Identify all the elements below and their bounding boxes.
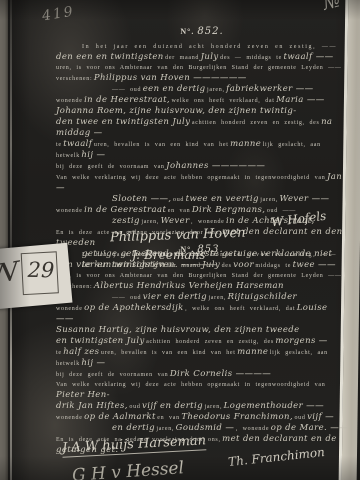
handwritten-text: Rijtuigschilder bbox=[228, 292, 297, 302]
printed-text: des bbox=[222, 263, 232, 269]
handwritten-text: op de Apothekersdijk bbox=[84, 303, 184, 313]
printed-text: , wonende bbox=[191, 219, 224, 225]
printed-text: bij deze geeft de voornaam van bbox=[56, 164, 165, 170]
printed-text: —— oud bbox=[112, 295, 141, 301]
handwritten-text: fabriekwerker —— bbox=[226, 84, 313, 94]
document-line: te half zes uren, bevallen is van een ki… bbox=[56, 347, 348, 369]
handwritten-text: Slooten ——, bbox=[112, 194, 172, 204]
document-line: In het jaar een duizend acht honderd zev… bbox=[56, 42, 348, 52]
document-line: Van welke verklaring wij deze acte hebbe… bbox=[56, 172, 348, 194]
printed-text: , wonende bbox=[236, 426, 269, 432]
handwritten-text: drik Jan Hiftes, bbox=[56, 401, 128, 411]
printed-text: achttien honderd zeven en zestig, des bbox=[146, 339, 274, 345]
archive-label: N 29 bbox=[0, 243, 72, 310]
document-line: te twaalf uren, bevallen is van een kind… bbox=[56, 139, 348, 161]
printed-text: welke ons heeft verklaard, dat bbox=[172, 98, 275, 104]
film-edge-left bbox=[0, 0, 8, 480]
handwritten-text: den een en twintigsten bbox=[56, 52, 164, 62]
handwritten-text: Dirk Bergmans, bbox=[192, 205, 266, 215]
handwritten-text: een en dertig bbox=[143, 84, 206, 94]
handwritten-text: Susanna Hartig, zijne huisvrouw, den zij… bbox=[56, 325, 300, 335]
act-number-prefix: N°. bbox=[180, 27, 194, 36]
handwritten-text: op de Mare. —— bbox=[271, 423, 348, 433]
birth-act-853: Philippus van Hoven J: Breemans N°. 853.… bbox=[56, 226, 348, 456]
document-line: bij deze geeft de voornamen van Dirk Cor… bbox=[56, 369, 348, 380]
printed-text: oud bbox=[129, 404, 140, 410]
printed-text: wonende bbox=[56, 306, 83, 312]
document-line: wonende op de Apothekersdijk , welke ons… bbox=[56, 303, 348, 325]
printed-text: jaren, bbox=[260, 197, 278, 203]
handwritten-text: July bbox=[201, 52, 219, 62]
handwritten-text: Logementhouder —— bbox=[224, 401, 324, 411]
handwritten-text: twee —— bbox=[293, 260, 336, 270]
film-scratch-line bbox=[10, 0, 12, 480]
printed-text: jaren, bbox=[141, 219, 159, 225]
document-line: Van welke verklaring wij deze acte hebbe… bbox=[56, 380, 348, 401]
handwritten-text: Pieter Hen- bbox=[56, 390, 110, 400]
document-line: uren, is voor ons Ambtenaar van den Burg… bbox=[56, 63, 348, 73]
handwritten-text: manne bbox=[230, 139, 261, 149]
printed-text: der maand bbox=[165, 55, 199, 61]
printed-text: uren, is voor ons Ambtenaar van den Burg… bbox=[56, 273, 342, 279]
printed-text: uren, bevallen is van een kind van het bbox=[94, 142, 229, 148]
printed-text: jaren, bbox=[204, 404, 222, 410]
printed-text: achttien honderd zeven en zestig, des bbox=[192, 120, 320, 126]
act-number-heading: N°. 852. bbox=[56, 26, 348, 37]
document-line: verschenen: Albertus Hendrikus Verheijen… bbox=[56, 281, 348, 292]
handwritten-text: in de Heerestraat, bbox=[84, 95, 170, 105]
handwritten-text: twaalf bbox=[63, 139, 92, 149]
handwritten-text: hij — bbox=[81, 358, 105, 368]
printed-text: des — middags te bbox=[220, 55, 282, 61]
document-line: den twee en twintigsten July achttien ho… bbox=[56, 117, 348, 139]
printed-text: wonende bbox=[56, 98, 83, 104]
handwritten-text: Johannes —————— bbox=[166, 161, 265, 171]
printed-text: , welke ons heeft verklaard, dat bbox=[185, 306, 295, 312]
act-number-heading: N°. 853. bbox=[56, 244, 348, 255]
printed-text: te bbox=[56, 142, 62, 148]
document-line: verschenen: Philippus van Hoven —————— bbox=[56, 73, 348, 84]
handwritten-text: Goudsmid — bbox=[176, 423, 235, 433]
printed-text: Van welke verklaring wij deze acte hebbe… bbox=[56, 382, 325, 388]
document-line: —— oud vier en dertig jaren, Rijtuigschi… bbox=[56, 292, 348, 303]
printed-text: wonende bbox=[56, 415, 83, 421]
printed-text: verschenen: bbox=[56, 76, 92, 82]
handwritten-text: op de Aalmarkt bbox=[84, 412, 156, 422]
handwritten-text: twaalf —— bbox=[284, 52, 334, 62]
act-number-value: 852. bbox=[197, 26, 223, 37]
handwritten-text: Albertus Hendrikus Verheijen Harseman bbox=[94, 281, 284, 291]
label-symbol: N bbox=[0, 256, 20, 290]
handwritten-text: hij — bbox=[81, 150, 105, 160]
party-signature-declarant: Philippus van Hoven bbox=[110, 226, 246, 246]
handwritten-text: Johanna Roem, zijne huisvrouw, den zijne… bbox=[56, 106, 297, 116]
printed-text: middags te bbox=[255, 263, 291, 269]
printed-text: uren, is voor ons Ambtenaar van den Burg… bbox=[56, 65, 342, 71]
printed-text: In het jaar een duizend acht honderd zev… bbox=[82, 44, 337, 50]
handwritten-text: Maria —— bbox=[276, 95, 325, 105]
printed-text: oud bbox=[173, 197, 184, 203]
printed-text: en van bbox=[168, 208, 191, 214]
handwritten-text: vijf — bbox=[307, 412, 334, 422]
handwritten-text: en dertig bbox=[112, 423, 155, 433]
printed-text: te bbox=[56, 350, 62, 356]
document-line: wonende op de Aalmarkt en van Theodorus … bbox=[56, 412, 348, 423]
printed-text: —— oud bbox=[112, 87, 141, 93]
document-line: en dertig jaren, Goudsmid — , wonende op… bbox=[56, 423, 348, 434]
handwritten-text: manne bbox=[237, 347, 268, 357]
handwritten-text: Wever —— bbox=[280, 194, 330, 204]
document-line: Slooten ——, oud twee en veertig jaren, W… bbox=[56, 194, 348, 205]
printed-text: jaren, bbox=[208, 295, 226, 301]
handwritten-text: en twintigsten July bbox=[56, 336, 145, 346]
document-line: drik Jan Hiftes, oud vijf en dertig jare… bbox=[56, 401, 348, 412]
printed-text: uren, bevallen is van een kind van het bbox=[101, 350, 236, 356]
handwritten-text: half zes bbox=[63, 347, 99, 357]
act-text-block: In het jaar een duizend acht honderd zev… bbox=[56, 250, 348, 456]
handwritten-text: in de Geerestraat bbox=[84, 205, 166, 215]
printed-text: jaren, bbox=[207, 87, 225, 93]
closing-signature-3: G H v Hessel bbox=[71, 458, 184, 480]
handwritten-text: Theodorus Franchimon, bbox=[181, 412, 293, 422]
handwritten-text: Wever bbox=[161, 216, 190, 226]
label-number-box: 29 bbox=[21, 251, 59, 295]
document-line: —— oud een en dertig jaren, fabriekwerke… bbox=[56, 84, 348, 95]
handwritten-text: Philippus van Hoven —————— bbox=[94, 73, 247, 83]
photographed-register-page: 419 № N°. 852. In het jaar een duizend a… bbox=[0, 0, 360, 480]
printed-text: en van bbox=[157, 415, 180, 421]
document-line: den een en twintigsten der maand July de… bbox=[56, 52, 348, 63]
handwritten-text: zestig bbox=[112, 216, 140, 226]
top-right-page-mark: № bbox=[321, 0, 343, 15]
document-line: Johanna Roem, zijne huisvrouw, den zijne… bbox=[56, 106, 348, 117]
act-number-value: 853. bbox=[197, 244, 223, 255]
handwritten-text: den twee en twintigsten July bbox=[56, 117, 190, 127]
printed-text: wonende bbox=[56, 208, 83, 214]
label-number: 29 bbox=[27, 258, 54, 282]
act-number-prefix: N°. bbox=[180, 245, 194, 254]
handwritten-text: vier en dertig bbox=[143, 292, 207, 302]
document-line: uren, is voor ons Ambtenaar van den Burg… bbox=[56, 271, 348, 281]
printed-text: der maand bbox=[167, 263, 201, 269]
printed-text: jaren, bbox=[156, 426, 174, 432]
handwritten-text: vijf en dertig bbox=[142, 401, 203, 411]
document-line: wonende in de Heerestraat, welke ons hee… bbox=[56, 95, 348, 106]
document-line: bij deze geeft de voornaam van Johannes … bbox=[56, 161, 348, 172]
printed-text: Van welke verklaring wij deze acte hebbe… bbox=[56, 175, 325, 181]
document-line: Susanna Hartig, zijne huisvrouw, den zij… bbox=[56, 325, 348, 336]
handwritten-text: twee en veertig bbox=[186, 194, 259, 204]
handwritten-text: morgens — bbox=[275, 336, 327, 346]
printed-text: oud bbox=[294, 415, 305, 421]
corner-page-number: 419 bbox=[41, 4, 76, 25]
document-line: en twintigsten July achttien honderd zev… bbox=[56, 336, 348, 347]
printed-text: bij deze geeft de voornamen van bbox=[56, 372, 168, 378]
handwritten-text: Dirk Cornelis ———— bbox=[170, 369, 271, 379]
handwritten-text: voor bbox=[233, 260, 254, 270]
